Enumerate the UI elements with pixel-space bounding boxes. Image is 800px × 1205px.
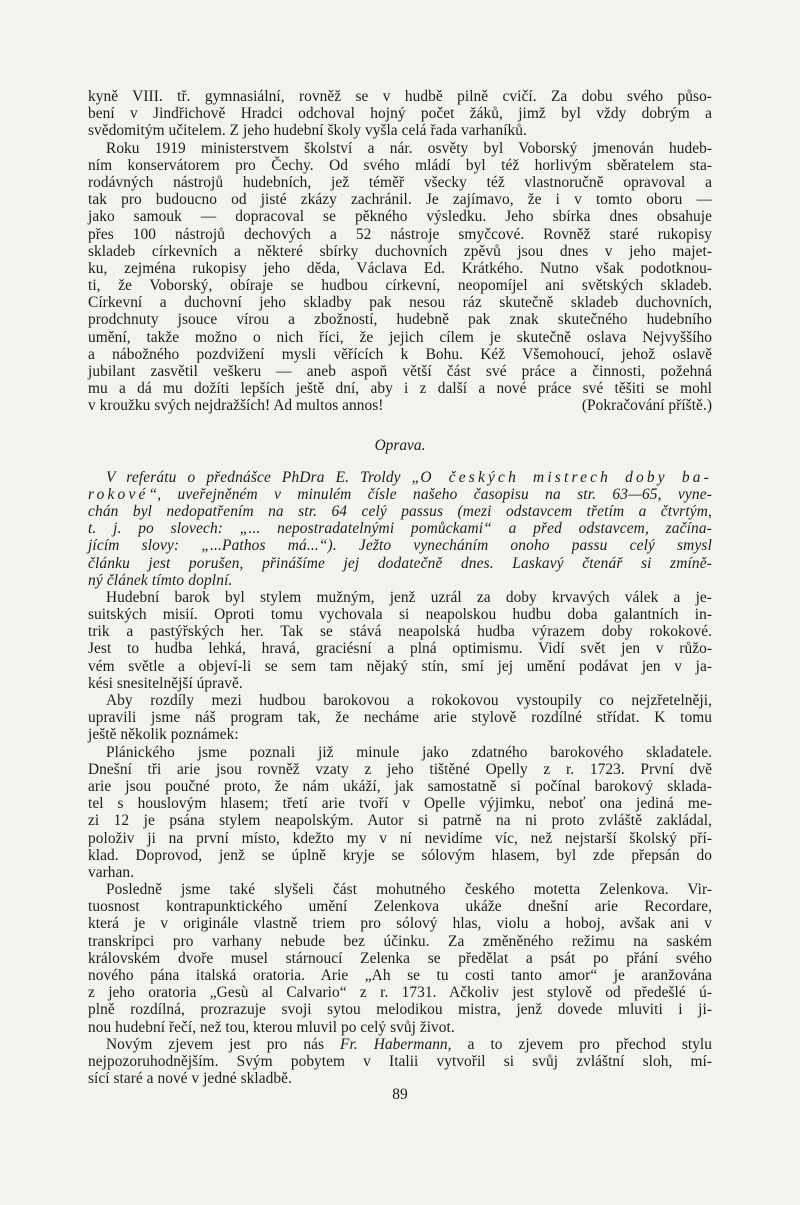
text-line: nou hudební řečí, než tou, kterou mluvil… (88, 1019, 712, 1036)
text-line: nového pána italská oratoria. Arie „Ah s… (88, 967, 712, 984)
paragraph-program: Aby rozdíly mezi hudbou barokovou a roko… (88, 692, 712, 744)
text-line: jícím slovy: „...Pathos má...“). Ježto v… (88, 537, 712, 554)
text-line: rodávných nástrojů hudebních, jež téměř … (88, 174, 712, 191)
paragraph-zelenka: Posledně jsme také slyšeli část mohutnéh… (88, 881, 712, 1036)
text-line: trik a pastýřských her. Tak se stává nea… (88, 623, 712, 640)
text-line: Aby rozdíly mezi hudbou barokovou a roko… (88, 692, 712, 709)
text-line: a nábožného pozdvižení mysli věřících k … (88, 346, 712, 363)
text-line: nejpozoruhodnějším. Svým pobytem v Itali… (88, 1053, 712, 1070)
text-line: ný článek tímto doplní. (88, 572, 712, 589)
text-line: mu a dá mu dožíti lepších ještě dní, aby… (88, 380, 712, 397)
text-line: ním konservátorem pro Čechy. Od svého ml… (88, 157, 712, 174)
page-number: 89 (0, 1086, 800, 1104)
text-line: bení v Jindřichově Hradci odchoval hojný… (88, 105, 712, 122)
text-line: Církevní a duchovní jeho skladby pak nes… (88, 294, 712, 311)
text-line: vém světle a objeví-li se sem tam nějaký… (88, 658, 712, 675)
text-line: arie jsou poučné proto, že nám ukáží, ja… (88, 778, 712, 795)
text-line: Novým zjevem jest pro nás Fr. Habermann,… (88, 1036, 712, 1053)
text-line: klad. Doprovod, jenž se úplně kryje se s… (88, 847, 712, 864)
text-line: skladeb církevních a některé sbírky duch… (88, 243, 712, 260)
text-line: jubilant zasvětil veškeru — aneb aspoň v… (88, 363, 712, 380)
continuation-note: (Pokračování příště.) (582, 397, 712, 414)
text-line: Roku 1919 ministerstvem školství a nár. … (88, 140, 712, 157)
text-line: Posledně jsme také slyšeli část mohutnéh… (88, 881, 712, 898)
paragraph-voborsky: Roku 1919 ministerstvem školství a nár. … (88, 140, 712, 415)
text-line: t. j. po slovech: „... nepostradatelnými… (88, 520, 712, 537)
text-line: rokové“, uveřejněném v minulém čísle naš… (88, 486, 712, 503)
text-line: umění, takže možno o nich říci, že jejic… (88, 329, 712, 346)
text-line: přes 100 nástrojů dechových a 52 nástroj… (88, 226, 712, 243)
document-page: kyně VIII. tř. gymnasiální, rovněž se v … (88, 88, 712, 1087)
text-line: sící staré a nové v jedné skladbě. (88, 1070, 712, 1087)
composer-name: Fr. Habermann, (340, 1036, 452, 1053)
text-line: V referátu o přednášce PhDra E. Troldy „… (88, 469, 712, 486)
text-line: ku, zejména rukopisy jeho děda, Václava … (88, 260, 712, 277)
lecture-title: O českých mistrech doby ba- (420, 469, 712, 486)
text-line: Dnešní tři arie jsou rovněž vzaty z jeho… (88, 761, 712, 778)
text-line: plně rozdílná, prozrazuje svoji sytou me… (88, 1001, 712, 1018)
paragraph-teaching: kyně VIII. tř. gymnasiální, rovněž se v … (88, 88, 712, 140)
text-line: tak pro budoucno od jisté zkázy zachráni… (88, 191, 712, 208)
paragraph-baroque: Hudební barok byl stylem mužným, jenž uz… (88, 589, 712, 692)
text-line: položiv ji na první místo, kdežto my v n… (88, 830, 712, 847)
text-line: ti, že Voborský, obíraje se hudbou círke… (88, 277, 712, 294)
paragraph-planicky: Plánického jsme poznali již minule jako … (88, 744, 712, 882)
text-line: suitských misií. Oproti tomu vychovala s… (88, 606, 712, 623)
text-line: Jest to hudba lehká, hravá, graciésní a … (88, 640, 712, 657)
text-line: Plánického jsme poznali již minule jako … (88, 744, 712, 761)
text-span: Novým zjevem jest pro nás (106, 1036, 340, 1053)
paragraph-habermann: Novým zjevem jest pro nás Fr. Habermann,… (88, 1036, 712, 1088)
text-line: tuosnost kontrapunktického umění Zelenko… (88, 898, 712, 915)
text-line: varhan. (88, 864, 712, 881)
text-span: V referátu o přednášce PhDra E. Troldy „ (106, 469, 420, 486)
text-line: transkripci pro varhany nebude bez účink… (88, 933, 712, 950)
text-line: Hudební barok byl stylem mužným, jenž uz… (88, 589, 712, 606)
text-line: jako samouk — dopracoval se pěkného výsl… (88, 208, 712, 225)
text-line: královském dvoře musel stárnoucí Zelenka… (88, 950, 712, 967)
text-line: kési snesitelnější úpravě. (88, 675, 712, 692)
text-line: chán byl nedopatřením na str. 64 celý pa… (88, 503, 712, 520)
text-line: upravili jsme náš program tak, že nechám… (88, 709, 712, 726)
text-span: a to zjevem pro přechod stylu (452, 1036, 712, 1053)
text-line: zi 12 je psána stylem neapolským. Autor … (88, 812, 712, 829)
text-line: prodchnuty jsouce vírou a zbožností, hud… (88, 311, 712, 328)
section-title: Oprava. (88, 437, 712, 455)
text-line: článku jest porušen, přinášíme jej dodat… (88, 555, 712, 572)
correction-notice: V referátu o přednášce PhDra E. Troldy „… (88, 469, 712, 589)
text-line: kyně VIII. tř. gymnasiální, rovněž se v … (88, 88, 712, 105)
text-line: která je v originále vlastně triem pro s… (88, 915, 712, 932)
closing-wish: v kroužku svých nejdražších! Ad multos a… (88, 397, 383, 414)
text-line: v kroužku svých nejdražších! Ad multos a… (88, 397, 712, 414)
text-line: tel s houslovým hlasem; třetí arie tvoří… (88, 795, 712, 812)
lecture-title: rokové (88, 486, 149, 503)
text-span: “, uveřejněném v minulém čísle našeho ča… (149, 486, 712, 503)
text-line: ještě několik poznámek: (88, 726, 712, 743)
text-line: z jeho oratoria „Gesù al Calvario“ z r. … (88, 984, 712, 1001)
text-line: svědomitým učitelem. Z jeho hudební škol… (88, 122, 712, 139)
